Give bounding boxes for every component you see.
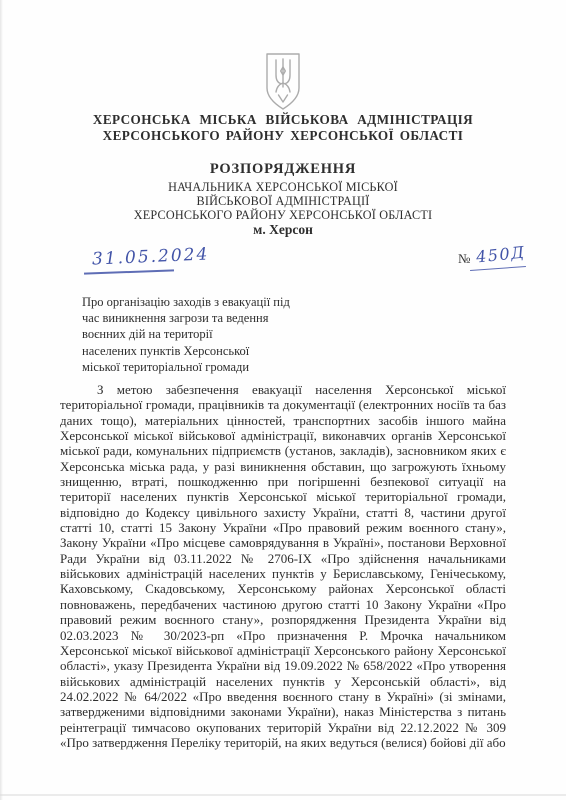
organization-name-line2: ХЕРСОНСЬКОГО РАЙОНУ ХЕРСОНСЬКОЇ ОБЛАСТІ bbox=[0, 128, 566, 144]
subject-line1: Про організацію заходів з евакуації під bbox=[82, 294, 332, 310]
subject-line5: міської територіальної громади bbox=[82, 359, 332, 375]
subject-line3: воєнних дій на території bbox=[82, 326, 332, 342]
letterhead-organization: ХЕРСОНСЬКА МІСЬКА ВІЙСЬКОВА АДМІНІСТРАЦІ… bbox=[0, 112, 566, 144]
number-ink-underline bbox=[470, 266, 526, 271]
issuer-line1: НАЧАЛЬНИКА ХЕРСОНСЬКОЇ МІСЬКОЇ bbox=[0, 180, 566, 194]
issuing-city: м. Херсон bbox=[0, 222, 566, 238]
subject-line4: населених пунктів Херсонської bbox=[82, 343, 332, 359]
page-bottom-edge-shadow bbox=[0, 794, 566, 796]
issuer-line2: ВІЙСЬКОВОЇ АДМІНІСТРАЦІЇ bbox=[0, 194, 566, 208]
organization-name-line1: ХЕРСОНСЬКА МІСЬКА ВІЙСЬКОВА АДМІНІСТРАЦІ… bbox=[0, 112, 566, 128]
handwritten-document-number: 450Д bbox=[475, 242, 526, 266]
document-body-paragraph: З метою забезпечення евакуації населення… bbox=[60, 382, 506, 750]
issuer-line3: ХЕРСОНСЬКОГО РАЙОНУ ХЕРСОНСЬКОЇ ОБЛАСТІ bbox=[0, 208, 566, 222]
ukraine-trident-emblem-icon bbox=[263, 52, 303, 112]
document-number-sign: № bbox=[458, 251, 470, 267]
handwritten-date: 31.05.2024 bbox=[92, 244, 210, 269]
subject-line2: час виникнення загрози та ведення bbox=[82, 310, 332, 326]
scanned-document-page: ХЕРСОНСЬКА МІСЬКА ВІЙСЬКОВА АДМІНІСТРАЦІ… bbox=[0, 0, 566, 800]
date-ink-underline bbox=[84, 269, 174, 274]
document-subject-block: Про організацію заходів з евакуації під … bbox=[82, 294, 332, 375]
document-type-title: РОЗПОРЯДЖЕННЯ bbox=[0, 161, 566, 178]
document-issuer-subtitle: НАЧАЛЬНИКА ХЕРСОНСЬКОЇ МІСЬКОЇ ВІЙСЬКОВО… bbox=[0, 180, 566, 223]
